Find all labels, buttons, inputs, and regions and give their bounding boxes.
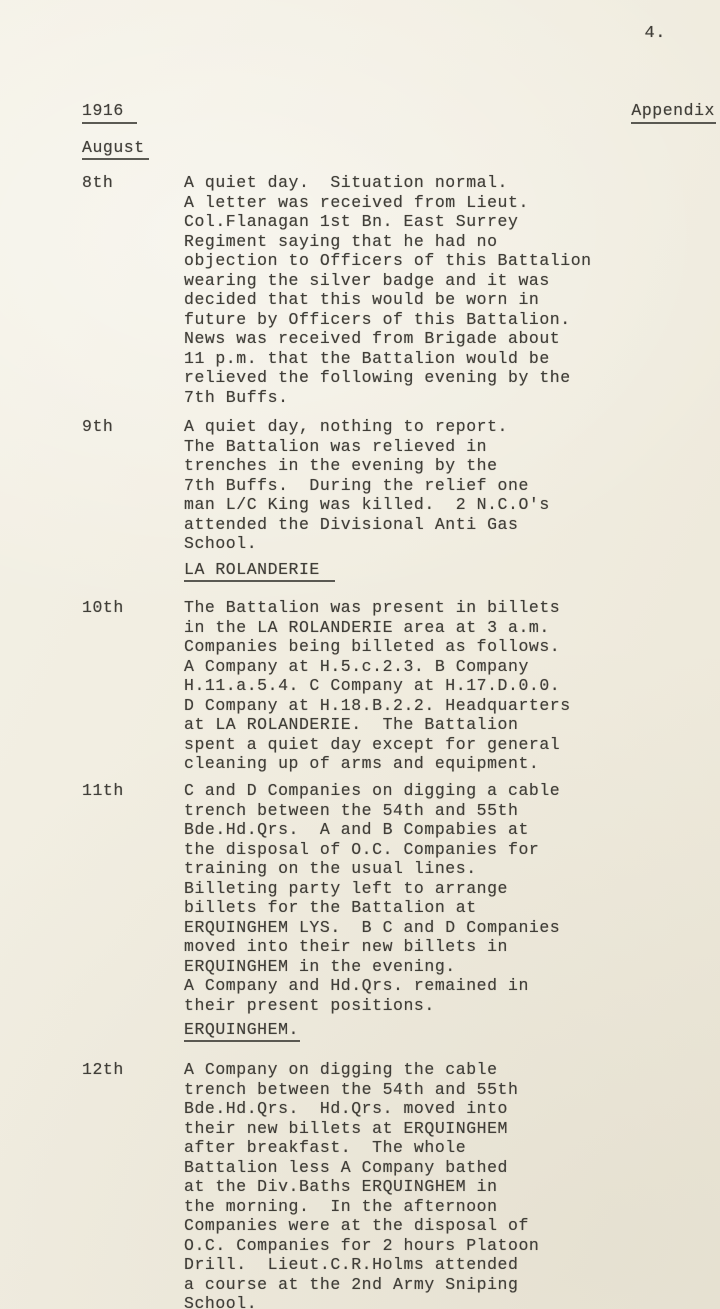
entry-text: A quiet day, nothing to report. The Batt… [184,417,680,554]
entry-date: 9th [82,417,113,437]
location-heading-la-rolanderie: LA ROLANDERIE [184,560,335,580]
diary-entry-9th: 9th A quiet day, nothing to report. The … [0,417,720,554]
diary-entry-12th: 12th A Company on digging the cable tren… [0,1060,720,1309]
war-diary-page: 4. 1916 Appendix August 8th A quiet day.… [0,0,720,1309]
entry-text: A quiet day. Situation normal. A letter … [184,173,680,407]
year-label: 1916 [82,101,137,124]
entry-date: 11th [82,781,124,801]
month-label: August [82,138,149,158]
location-heading-erquinghem: ERQUINGHEM. [184,1020,300,1040]
page-number: 4. [0,24,666,44]
entry-date: 8th [82,173,113,193]
page-header: 1916 Appendix [82,101,716,124]
entry-date: 12th [82,1060,124,1080]
entry-date: 10th [82,598,124,618]
appendix-label: Appendix [631,101,716,124]
diary-entry-10th: 10th The Battalion was present in billet… [0,598,720,774]
diary-entry-11th: 11th C and D Companies on digging a cabl… [0,781,720,1015]
entry-text: C and D Companies on digging a cable tre… [184,781,680,1015]
entry-text: A Company on digging the cable trench be… [184,1060,680,1309]
diary-entry-8th: 8th A quiet day. Situation normal. A let… [0,173,720,407]
entry-text: The Battalion was present in billets in … [184,598,680,774]
